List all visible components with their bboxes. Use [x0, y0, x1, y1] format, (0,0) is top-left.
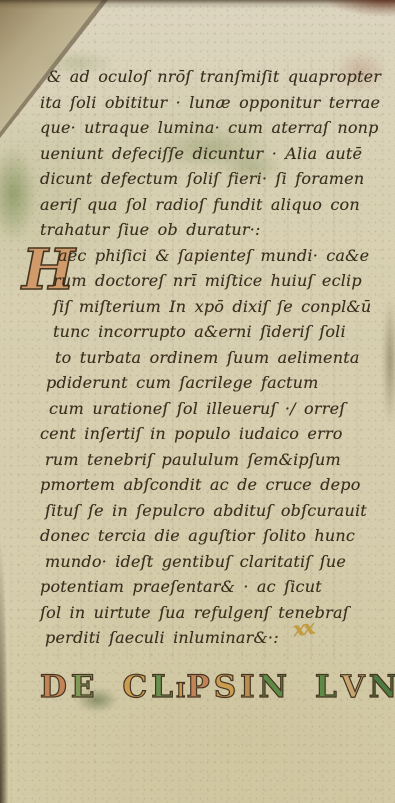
- heading-letter: S: [214, 670, 238, 704]
- manuscript-page: H & ad oculoſ nrōſ tranſmiſit quapropter…: [0, 0, 395, 803]
- text-line: rum tenebriſ paululum ſem&ipſum: [40, 447, 377, 473]
- text-line: ſituſ ſe in ſepulcro abdituſ obſcurauit: [40, 498, 377, 524]
- text-line: ueniunt defeciſſe dicuntur · Alia autē: [40, 141, 377, 167]
- heading-word: D E: [40, 670, 99, 704]
- text-line: pmortem abſcondit ac de cruce depo: [40, 472, 377, 498]
- heading-letter: I: [240, 670, 257, 704]
- text-line-final: perditi ſaeculi inluminar&·:: [45, 628, 279, 647]
- heading-letter: C: [123, 670, 150, 704]
- text-line: tunc incorrupto a&erni ſideriſ ſoli: [40, 319, 377, 345]
- text-line: ſiſ miſterium In xpō dixiſ ſe conpl&ū: [40, 294, 377, 320]
- heading-letter: L: [315, 670, 339, 704]
- text-line: ſol in uirtute ſua refulgenſ tenebraſ: [40, 600, 377, 626]
- heading-letter: L: [151, 670, 175, 704]
- page-edge-top: [0, 0, 395, 9]
- chapter-heading: D E C L I P S I N L V N E :: [40, 656, 395, 704]
- text-line: aeriſ qua ſol radioſ fundit aliquo con: [40, 192, 377, 218]
- text-line: dicunt defectum ſoliſ fieri· ſi foramen: [40, 166, 377, 192]
- heading-letter: V: [341, 670, 367, 704]
- text-line: pdiderunt cum ſacrilege factum: [40, 370, 377, 396]
- text-line: rum doctoreſ nrī miſtice huiuſ eclip: [40, 268, 377, 294]
- chapter-end-mark: xx: [292, 617, 314, 640]
- heading-letter: E: [71, 670, 97, 704]
- heading-word: C L I P S I N: [123, 670, 291, 704]
- text-line: ita ſoli obititur · lunæ opponitur terra…: [40, 90, 377, 116]
- text-line: cum urationeſ ſol illeueruſ ·/ orreſ: [40, 396, 377, 422]
- stain-green-left: [0, 146, 36, 242]
- text-line: que· utraque lumina· cum aterraſ nonp: [40, 115, 377, 141]
- heading-letter: N: [259, 670, 289, 704]
- text-line: to turbata ordinem ſuum aelimenta: [40, 345, 377, 371]
- heading-letter: P: [186, 670, 211, 704]
- heading-letter: D: [40, 670, 69, 704]
- page-edge-left: [0, 443, 12, 803]
- text-line: mundo· ideſt gentibuſ claritatiſ ſue: [40, 549, 377, 575]
- text-line: donec tercia die aguſtior ſolito hunc: [40, 523, 377, 549]
- heading-letter: N: [369, 670, 395, 704]
- text-line: trahatur ſiue ob duratur·:: [40, 217, 377, 243]
- text-line: potentiam praeſentar& · ac ſicut: [40, 574, 377, 600]
- text-line: & ad oculoſ nrōſ tranſmiſit quapropter: [40, 64, 377, 90]
- text-block: & ad oculoſ nrōſ tranſmiſit quapropter i…: [40, 64, 377, 651]
- text-line: cent inſertiſ in populo iudaico erro: [40, 421, 377, 447]
- heading-word: L V N E :: [315, 670, 395, 704]
- text-line: aec phiſici & ſapienteſ mundi· ca&e: [40, 243, 377, 269]
- stain-right-edge: [383, 296, 395, 426]
- text-line: perditi ſaeculi inluminar&·:xx: [40, 625, 377, 651]
